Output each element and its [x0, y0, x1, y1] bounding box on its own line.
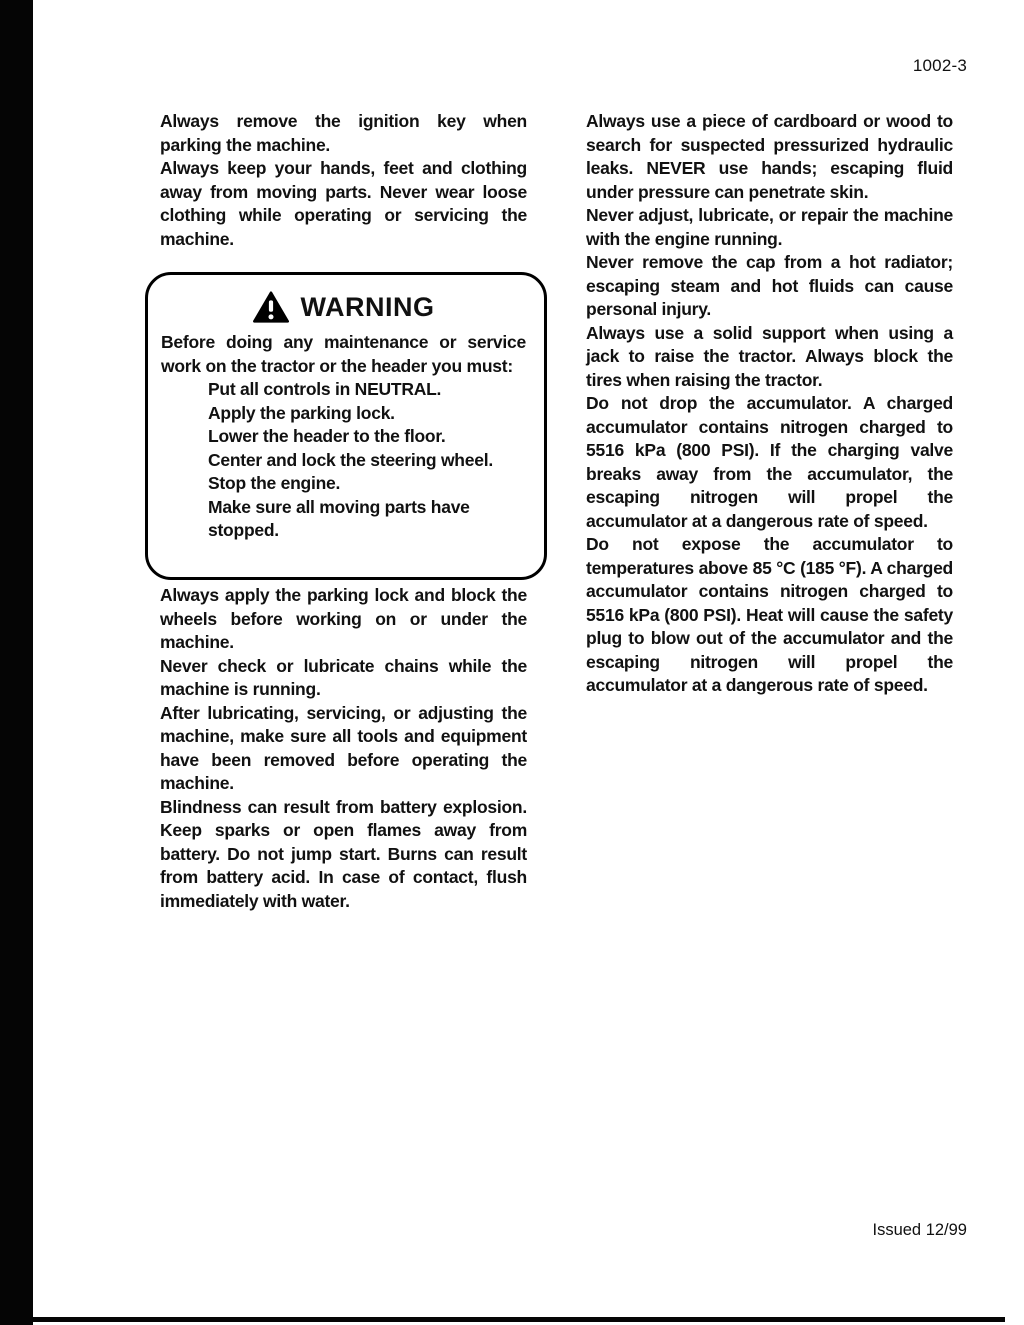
warning-item: Lower the header to the floor.	[161, 425, 526, 449]
left-column-top: Always remove the ignition key when park…	[160, 110, 527, 251]
issued-date: Issued 12/99	[873, 1221, 968, 1240]
paragraph: Do not drop the accumulator. A charged a…	[586, 392, 953, 533]
warning-item: Stop the engine.	[161, 472, 526, 496]
warning-item: Put all controls in NEUTRAL.	[161, 378, 526, 402]
scan-edge-left	[0, 0, 33, 1325]
paragraph: Do not expose the accumulator to tempera…	[586, 533, 953, 698]
paragraph: Always use a solid support when using a …	[586, 322, 953, 393]
warning-intro: Before doing any maintenance or service …	[161, 331, 526, 378]
warning-triangle-icon	[253, 291, 289, 323]
paragraph: Never check or lubricate chains while th…	[160, 655, 527, 702]
paragraph: Blindness can result from battery explos…	[160, 796, 527, 914]
warning-box: WARNING Before doing any maintenance or …	[145, 272, 547, 580]
warning-title: WARNING	[301, 292, 435, 323]
paragraph: Always apply the parking lock and block …	[160, 584, 527, 655]
scan-edge-bottom	[33, 1317, 1005, 1322]
warning-item: Make sure all moving parts have stopped.	[161, 496, 526, 543]
paragraph: Never remove the cap from a hot radiator…	[586, 251, 953, 322]
paragraph: Always keep your hands, feet and clothin…	[160, 157, 527, 251]
left-column-bottom: Always apply the parking lock and block …	[160, 584, 527, 913]
paragraph: Never adjust, lubricate, or repair the m…	[586, 204, 953, 251]
paragraph: Always remove the ignition key when park…	[160, 110, 527, 157]
warning-item: Center and lock the steering wheel.	[161, 449, 526, 473]
paragraph: Always use a piece of cardboard or wood …	[586, 110, 953, 204]
warning-header: WARNING	[161, 291, 526, 323]
right-column: Always use a piece of cardboard or wood …	[586, 110, 953, 698]
paragraph: After lubricating, servicing, or adjusti…	[160, 702, 527, 796]
page-number: 1002-3	[913, 56, 967, 76]
warning-items: Put all controls in NEUTRAL. Apply the p…	[161, 378, 526, 543]
warning-item: Apply the parking lock.	[161, 402, 526, 426]
